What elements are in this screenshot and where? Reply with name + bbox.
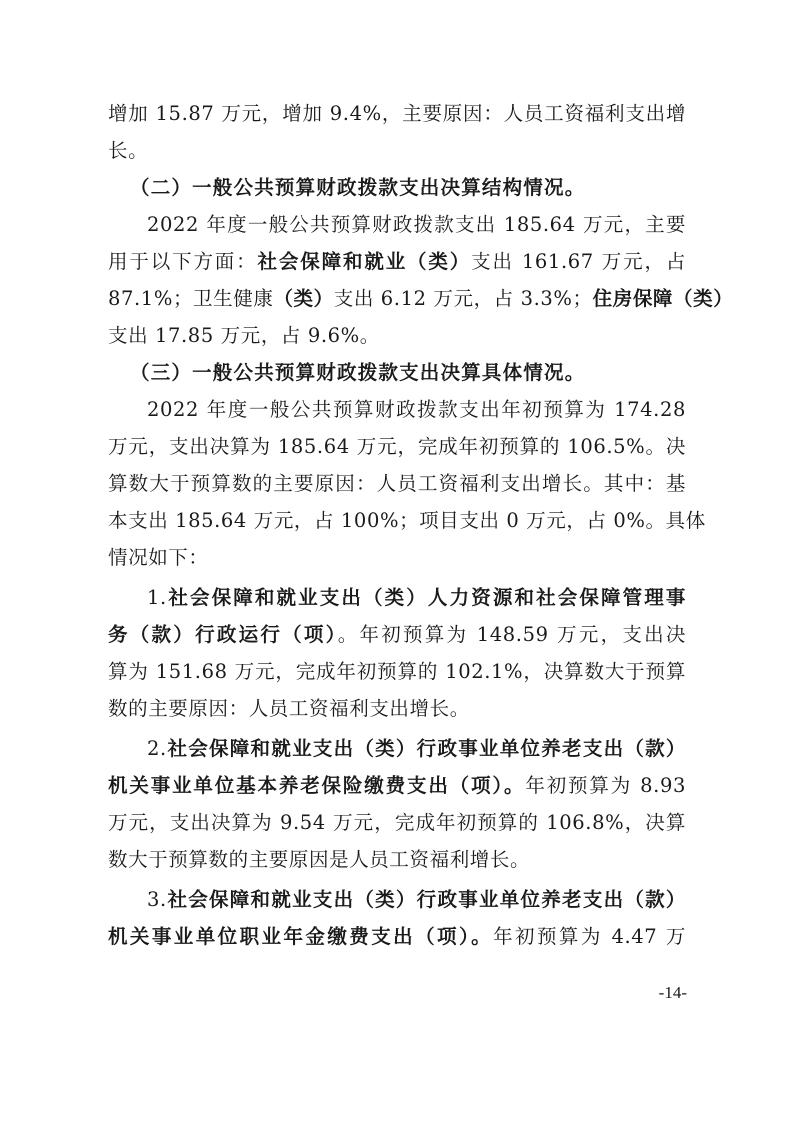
text-run: 用于以下方面： [108, 250, 258, 273]
item-title: 社会保障和就业支出（类）人力资源和社会保障管理事 [167, 586, 686, 609]
item-2-line: 2.社会保障和就业支出（类）行政事业单位养老支出（款） [108, 730, 686, 767]
text-run: 。年初预算为 148.59 万元，支出决 [338, 623, 686, 646]
paragraph-line: 长。 [108, 132, 686, 169]
paragraph-line: 87.1%；卫生健康（类）支出 6.12 万元，占 3.3%；住房保障（类） [108, 280, 686, 317]
paragraph-line: 算数大于预算数的主要原因：人员工资福利支出增长。其中：基 [108, 465, 686, 502]
item-1-line: 务（款）行政运行（项）。年初预算为 148.59 万元，支出决 [108, 616, 686, 653]
item-number: 2. [147, 737, 167, 760]
item-1-line: 1.社会保障和就业支出（类）人力资源和社会保障管理事 [108, 579, 686, 616]
item-title: 机关事业单位基本养老保险缴费支出（项）。 [108, 774, 525, 797]
paragraph-line: 万元，支出决算为 185.64 万元，完成年初预算的 106.5%。决 [108, 428, 686, 465]
text-run: 87.1%；卫生健康 [108, 287, 273, 310]
text-run: 年初预算为 4.47 万 [493, 925, 686, 948]
item-3-line: 3.社会保障和就业支出（类）行政事业单位养老支出（款） [108, 881, 686, 918]
item-2-line: 机关事业单位基本养老保险缴费支出（项）。年初预算为 8.93 [108, 767, 686, 804]
item-1-line: 算为 151.68 万元，完成年初预算的 102.1%，决算数大于预算 [108, 653, 686, 690]
paragraph-line: 2022 年度一般公共预算财政拨款支出 185.64 万元，主要 [108, 206, 686, 243]
text-run: 年初预算为 8.93 [525, 774, 686, 797]
paragraph-line: 2022 年度一般公共预算财政拨款支出年初预算为 174.28 [108, 391, 686, 428]
item-3-line: 机关事业单位职业年金缴费支出（项）。年初预算为 4.47 万 [108, 918, 686, 955]
text-run: 支出 6.12 万元，占 3.3%； [334, 287, 593, 310]
item-1-line: 数的主要原因：人员工资福利支出增长。 [108, 690, 686, 727]
item-title: 务（款）行政运行（项） [108, 623, 338, 646]
item-2-line: 万元，支出决算为 9.54 万元，完成年初预算的 106.8%，决算 [108, 804, 686, 841]
paragraph-line: 支出 17.85 万元，占 9.6%。 [108, 317, 686, 354]
page-number: -14- [659, 983, 687, 1003]
category-housing: 住房保障（类） [593, 287, 734, 310]
item-title: 社会保障和就业支出（类）行政事业单位养老支出（款） [167, 737, 686, 760]
category-social-security: 社会保障和就业（类） [258, 250, 472, 273]
paragraph-line: 用于以下方面：社会保障和就业（类）支出 161.67 万元，占 [108, 243, 686, 280]
item-title: 机关事业单位职业年金缴费支出（项）。 [108, 925, 493, 948]
item-2-line: 数大于预算数的主要原因是人员工资福利增长。 [108, 841, 686, 878]
item-number: 3. [147, 888, 167, 911]
paragraph-line: 本支出 185.64 万元，占 100%；项目支出 0 万元，占 0%。具体 [108, 502, 686, 539]
document-page: 增加 15.87 万元，增加 9.4%，主要原因：人员工资福利支出增 长。 （二… [108, 95, 686, 955]
section-heading-2: （二）一般公共预算财政拨款支出决算结构情况。 [108, 169, 686, 206]
section-heading-3: （三）一般公共预算财政拨款支出决算具体情况。 [108, 354, 686, 391]
item-number: 1. [147, 586, 167, 609]
paragraph-line: 增加 15.87 万元，增加 9.4%，主要原因：人员工资福利支出增 [108, 95, 686, 132]
paragraph-line: 情况如下： [108, 539, 686, 576]
category-health-marker: （类） [273, 287, 333, 310]
text-run: 支出 161.67 万元，占 [471, 250, 686, 273]
item-title: 社会保障和就业支出（类）行政事业单位养老支出（款） [167, 888, 686, 911]
